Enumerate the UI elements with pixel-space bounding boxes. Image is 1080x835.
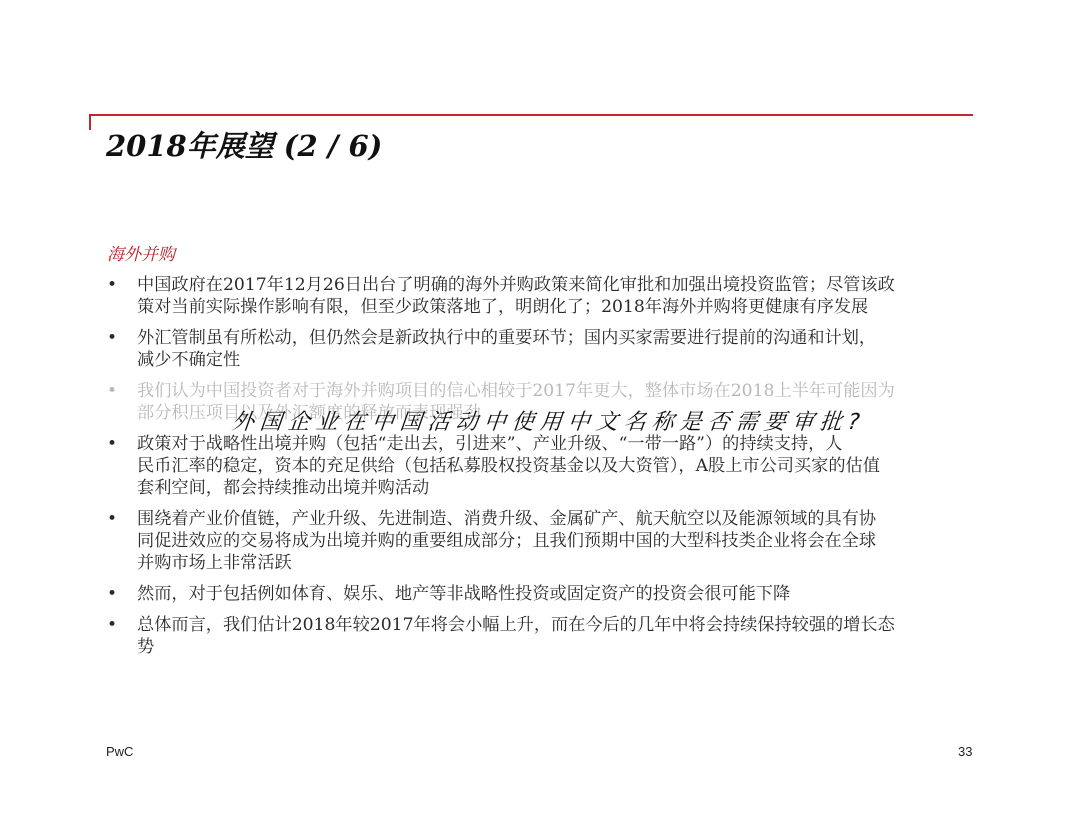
bullet-item: • 政策对于战略性出境并购（包括“走出去，引进来”、产业升级、“一带一路”）的持…: [104, 433, 976, 499]
bullet-list: • 中国政府在2017年12月26日出台了明确的海外并购政策来简化审批和加强出境…: [104, 274, 976, 667]
handwritten-question-overlay: 外国企业在中国活动中使用中文名称是否需要审批?: [230, 405, 867, 436]
bullet-dot-icon: •: [107, 380, 117, 402]
title-rule-horizontal: [89, 114, 973, 116]
slide-title: 2018年展望 (2 / 6): [106, 124, 382, 165]
bullet-line: 势: [137, 637, 154, 657]
bullet-dot-icon: •: [107, 508, 117, 530]
bullet-item: • 围绕着产业价值链，产业升级、先进制造、消费升级、金属矿产、航天航空以及能源领…: [104, 508, 976, 574]
bullet-line: 中国政府在2017年12月26日出台了明确的海外并购政策来简化审批和加强出境投资…: [137, 275, 895, 295]
title-rule-vertical: [89, 114, 91, 130]
bullet-line: 民币汇率的稳定，资本的充足供给（包括私募股权投资基金以及大资管），A股上市公司买…: [137, 456, 880, 476]
bullet-line: 政策对于战略性出境并购（包括“走出去，引进来”、产业升级、“一带一路”）的持续支…: [137, 434, 842, 454]
bullet-line: 策对当前实际操作影响有限，但至少政策落地了，明朗化了；2018年海外并购将更健康…: [137, 297, 868, 317]
footer-brand: PwC: [106, 744, 133, 759]
bullet-dot-icon: •: [107, 327, 117, 349]
section-heading: 海外并购: [107, 240, 175, 265]
bullet-line: 套利空间，都会持续推动出境并购活动: [137, 478, 429, 498]
page-number: 33: [958, 744, 972, 759]
bullet-dot-icon: •: [107, 583, 117, 605]
bullet-line: 并购市场上非常活跃: [137, 553, 292, 573]
slide: 2018年展望 (2 / 6) 海外并购 • 中国政府在2017年12月26日出…: [0, 0, 1080, 835]
bullet-item: • 中国政府在2017年12月26日出台了明确的海外并购政策来简化审批和加强出境…: [104, 274, 976, 318]
bullet-line: 减少不确定性: [137, 350, 240, 370]
bullet-dot-icon: •: [107, 614, 117, 636]
bullet-dot-icon: •: [107, 274, 117, 296]
bullet-item: • 外汇管制虽有所松动，但仍然会是新政执行中的重要环节；国内买家需要进行提前的沟…: [104, 327, 976, 371]
bullet-line: 同促进效应的交易将成为出境并购的重要组成部分；且我们预期中国的大型科技类企业将会…: [137, 531, 876, 551]
bullet-item: • 然而，对于包括例如体育、娱乐、地产等非战略性投资或固定资产的投资会很可能下降: [104, 583, 976, 605]
bullet-line: 围绕着产业价值链，产业升级、先进制造、消费升级、金属矿产、航天航空以及能源领域的…: [137, 509, 876, 529]
bullet-line: 我们认为中国投资者对于海外并购项目的信心相较于2017年更大，整体市场在2018…: [137, 381, 895, 401]
bullet-dot-icon: •: [107, 433, 117, 455]
bullet-item: • 总体而言，我们估计2018年较2017年将会小幅上升，而在今后的几年中将会持…: [104, 614, 976, 658]
bullet-line: 然而，对于包括例如体育、娱乐、地产等非战略性投资或固定资产的投资会很可能下降: [137, 584, 790, 604]
bullet-line: 外汇管制虽有所松动，但仍然会是新政执行中的重要环节；国内买家需要进行提前的沟通和…: [137, 328, 876, 348]
bullet-line: 总体而言，我们估计2018年较2017年将会小幅上升，而在今后的几年中将会持续保…: [137, 615, 895, 635]
